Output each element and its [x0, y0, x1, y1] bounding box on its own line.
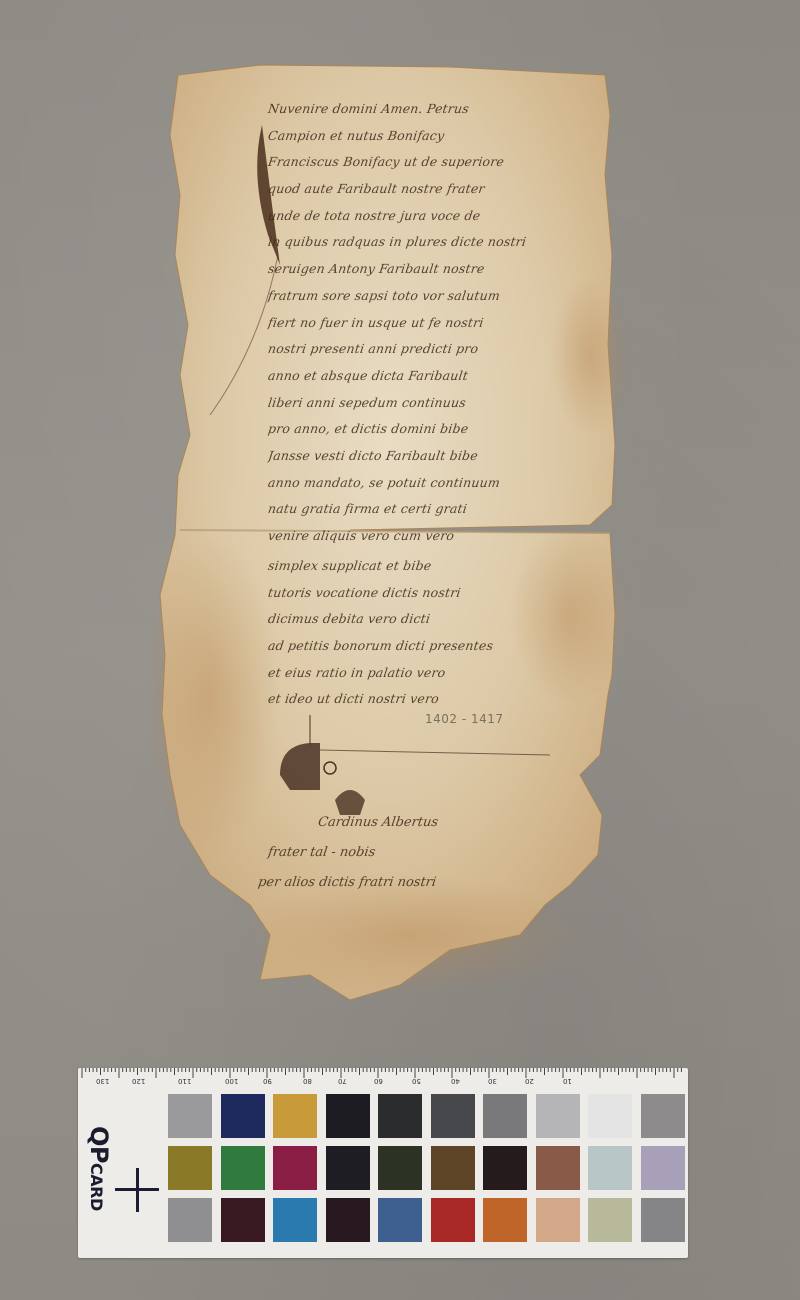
text-line: quod aute Faribault nostre frater: [266, 176, 620, 203]
text-line: et eius ratio in palatio vero: [266, 660, 620, 687]
text-line: venire aliquis vero cum vero: [266, 523, 620, 550]
text-line: et ideo ut dicti nostri vero: [266, 686, 620, 713]
color-swatch: [483, 1146, 527, 1190]
color-swatch: [431, 1094, 475, 1138]
color-swatch: [641, 1146, 685, 1190]
color-swatch: [536, 1146, 580, 1190]
text-line: tutoris vocatione dictis nostri: [266, 580, 620, 607]
color-swatch: [378, 1146, 422, 1190]
text-line: Campion et nutus Bonifacy: [266, 123, 620, 150]
ruler-label: 10: [563, 1077, 572, 1085]
ruler-label: 110: [178, 1077, 191, 1085]
color-swatch: [483, 1094, 527, 1138]
text-line: Nuvenire domini Amen. Petrus: [266, 96, 620, 123]
manuscript-colophon: Cardinus Albertus frater tal - nobis per…: [258, 808, 618, 898]
color-swatch-grid: [168, 1094, 685, 1242]
text-line: anno mandato, se potuit continuum: [266, 470, 620, 497]
color-swatch: [588, 1198, 632, 1242]
ruler-scale: 130 120 110 100 90 80 70 60 50 40 30 20 …: [78, 1068, 688, 1090]
text-line: liberi anni sepedum continuus: [266, 390, 620, 417]
text-line: simplex supplicat et bibe: [266, 553, 620, 580]
color-swatch: [378, 1094, 422, 1138]
text-line: fiert no fuer in usque ut fe nostri: [266, 310, 620, 337]
color-swatch: [168, 1146, 212, 1190]
text-line: fratrum sore sapsi toto vor salutum: [266, 283, 620, 310]
color-swatch: [641, 1094, 685, 1138]
ruler-label: 90: [263, 1077, 272, 1085]
color-swatch: [273, 1198, 317, 1242]
text-line: ad petitis bonorum dicti presentes: [266, 633, 620, 660]
color-swatch: [431, 1146, 475, 1190]
color-swatch: [168, 1198, 212, 1242]
ruler-label: 60: [374, 1077, 383, 1085]
ruler-label: 20: [525, 1077, 534, 1085]
text-line: unde de tota nostre jura voce de: [266, 203, 620, 230]
ruler-label: 50: [412, 1077, 421, 1085]
color-swatch: [536, 1094, 580, 1138]
color-swatch: [273, 1094, 317, 1138]
color-swatch: [326, 1198, 370, 1242]
color-swatch: [483, 1198, 527, 1242]
crosshair-alignment-mark: [115, 1168, 159, 1212]
text-line: seruigen Antony Faribault nostre: [266, 256, 620, 283]
color-swatch: [221, 1198, 265, 1242]
color-swatch: [378, 1198, 422, 1242]
text-line: dicimus debita vero dicti: [266, 606, 620, 633]
color-swatch: [641, 1198, 685, 1242]
ruler-ticks: [78, 1068, 688, 1090]
ruler-label: 40: [451, 1077, 460, 1085]
color-swatch: [536, 1198, 580, 1242]
ruler-label: 100: [225, 1077, 238, 1085]
text-line: anno et absque dicta Faribault: [266, 363, 620, 390]
manuscript-main-text: Nuvenire domini Amen. Petrus Campion et …: [268, 96, 618, 550]
color-swatch: [168, 1094, 212, 1138]
text-line: natu gratia firma et certi grati: [266, 496, 620, 523]
color-swatch: [326, 1146, 370, 1190]
colophon-line: Cardinus Albertus: [256, 808, 620, 838]
text-line: nostri presenti anni predicti pro: [266, 336, 620, 363]
color-swatch: [221, 1146, 265, 1190]
color-swatch: [273, 1146, 317, 1190]
text-line: pro anno, et dictis domini bibe: [266, 416, 620, 443]
ruler-label: 80: [303, 1077, 312, 1085]
ruler-label: 30: [488, 1077, 497, 1085]
text-line: Franciscus Bonifacy ut de superiore: [266, 149, 620, 176]
color-swatch: [326, 1094, 370, 1138]
manuscript-lower-text: simplex supplicat et bibe tutoris vocati…: [268, 553, 618, 713]
color-swatch: [588, 1094, 632, 1138]
archival-date-annotation: 1402 - 1417: [425, 712, 504, 726]
color-swatch: [221, 1094, 265, 1138]
text-line: in quibus radquas in plures dicte nostri: [266, 229, 620, 256]
colophon-line: per alios dictis fratri nostri: [256, 868, 620, 898]
ruler-label: 70: [338, 1077, 347, 1085]
color-swatch: [588, 1146, 632, 1190]
ruler-label: 130: [96, 1077, 109, 1085]
ruler-label: 120: [132, 1077, 145, 1085]
color-swatch: [431, 1198, 475, 1242]
text-line: Jansse vesti dicto Faribault bibe: [266, 443, 620, 470]
colophon-line: frater tal - nobis: [256, 838, 620, 868]
qpcard-logo: QPCARD: [78, 1108, 118, 1218]
color-calibration-card: 130 120 110 100 90 80 70 60 50 40 30 20 …: [78, 1068, 688, 1258]
